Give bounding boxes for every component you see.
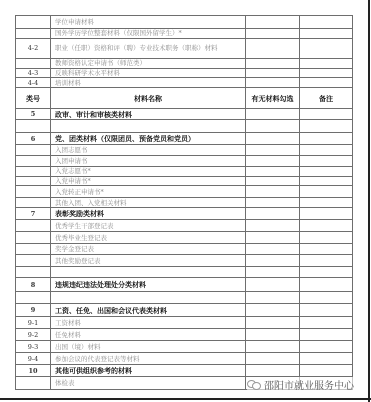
row-number [16, 120, 51, 133]
check-cell[interactable] [246, 278, 300, 292]
table-row: 学位申请材料 [16, 16, 353, 29]
remark-cell[interactable] [300, 341, 353, 353]
remark-cell[interactable] [300, 304, 353, 317]
column-header-no: 类号 [16, 88, 51, 109]
check-cell[interactable] [246, 317, 300, 329]
column-header-remark: 备注 [300, 88, 353, 109]
check-cell[interactable] [246, 304, 300, 317]
section-row: 7 表彰奖励类材料 [16, 208, 353, 220]
check-cell[interactable] [246, 365, 300, 377]
row-number: 4-4 [16, 78, 51, 88]
check-cell[interactable] [246, 232, 300, 244]
remark-cell[interactable] [300, 109, 353, 120]
row-number [16, 186, 51, 198]
table-row: 9-3 出国（境）材料 [16, 341, 353, 353]
remark-cell[interactable] [300, 145, 353, 156]
remark-cell[interactable] [300, 220, 353, 232]
remark-cell[interactable] [300, 244, 353, 255]
row-number [16, 267, 51, 278]
material-name: 奖学金登记表 [51, 244, 246, 255]
check-cell[interactable] [246, 186, 300, 198]
row-number [16, 232, 51, 244]
row-number: 9-2 [16, 329, 51, 341]
check-cell[interactable] [246, 341, 300, 353]
section-title: 政审、审计和审核类材料 [51, 109, 246, 120]
watermark: 邵阳市就业服务中心 [247, 377, 354, 391]
section-title: 违规违纪违法处理处分类材料 [51, 278, 246, 292]
remark-cell[interactable] [300, 59, 353, 69]
check-cell[interactable] [246, 120, 300, 133]
remark-cell[interactable] [300, 156, 353, 167]
remark-cell[interactable] [300, 353, 353, 365]
remark-cell[interactable] [300, 232, 353, 244]
material-name: 反映科研学术水平材料 [51, 69, 246, 78]
material-name: 学位申请材料 [51, 16, 246, 29]
section-row: 9 工资、任免、出国和会议代表类材料 [16, 304, 353, 317]
row-number [16, 16, 51, 29]
remark-cell[interactable] [300, 208, 353, 220]
remark-cell[interactable] [300, 186, 353, 198]
table-row: 4-2 职业（任职）资格和评（聘）专业技术职务（职称）材料 [16, 39, 353, 59]
table-row: 其他奖励登记表 [16, 255, 353, 267]
row-number [16, 244, 51, 255]
check-cell[interactable] [246, 176, 300, 185]
remark-cell[interactable] [300, 39, 353, 59]
table-row: 入党申请书* [16, 176, 353, 185]
row-number: 4-3 [16, 69, 51, 78]
table-row: 9-4 参加会议的代表登记表等材料 [16, 353, 353, 365]
section-row: 8 违规违纪违法处理处分类材料 [16, 278, 353, 292]
remark-cell[interactable] [300, 292, 353, 304]
section-row: 6 党、团类材料（仅限团员、预备党员和党员） [16, 133, 353, 145]
check-cell[interactable] [246, 329, 300, 341]
table-row [16, 120, 353, 133]
check-cell[interactable] [246, 78, 300, 88]
table-row: 9-1 工资材料 [16, 317, 353, 329]
remark-cell[interactable] [300, 198, 353, 208]
remark-cell[interactable] [300, 16, 353, 29]
table-row: 入党转正申请书* [16, 186, 353, 198]
material-name: 国外学历学位整套材料（仅限国外留学生）* [51, 29, 246, 39]
material-name: 优秀学生干部登记表 [51, 220, 246, 232]
row-number [16, 29, 51, 39]
materials-checklist-table: 学位申请材料 国外学历学位整套材料（仅限国外留学生）* 4-2 职业（任职）资格… [15, 15, 353, 390]
material-name [51, 120, 246, 133]
check-cell[interactable] [246, 198, 300, 208]
material-name: 入团申请书 [51, 156, 246, 167]
page-edge-bottom [0, 398, 371, 400]
check-cell[interactable] [246, 353, 300, 365]
material-name: 其他入团、入党相关材料 [51, 198, 246, 208]
table-row [16, 267, 353, 278]
table-row: 奖学金登记表 [16, 244, 353, 255]
check-cell[interactable] [246, 69, 300, 78]
remark-cell[interactable] [300, 133, 353, 145]
table-row: 优秀毕业生登记表 [16, 232, 353, 244]
wechat-icon [247, 379, 261, 389]
material-name: 职业（任职）资格和评（聘）专业技术职务（职称）材料 [51, 39, 246, 59]
row-number: 4-2 [16, 39, 51, 59]
row-number [16, 255, 51, 267]
section-title: 党、团类材料（仅限团员、预备党员和党员） [51, 133, 246, 145]
remark-cell[interactable] [300, 120, 353, 133]
table-row: 4-4 培训材料 [16, 78, 353, 88]
section-title: 工资、任免、出国和会议代表类材料 [51, 304, 246, 317]
table-row: 其他入团、入党相关材料 [16, 198, 353, 208]
material-name: 优秀毕业生登记表 [51, 232, 246, 244]
check-cell[interactable] [246, 208, 300, 220]
row-number: 9-1 [16, 317, 51, 329]
row-number: 10 [16, 365, 51, 377]
remark-cell[interactable] [300, 176, 353, 185]
material-name: 其他奖励登记表 [51, 255, 246, 267]
material-name: 参加会议的代表登记表等材料 [51, 353, 246, 365]
table-row: 国外学历学位整套材料（仅限国外留学生）* [16, 29, 353, 39]
section-row: 5 政审、审计和审核类材料 [16, 109, 353, 120]
row-number [16, 292, 51, 304]
remark-cell[interactable] [300, 365, 353, 377]
material-name [51, 292, 246, 304]
check-cell[interactable] [246, 109, 300, 120]
row-number [16, 59, 51, 69]
row-number [16, 156, 51, 167]
check-cell[interactable] [246, 267, 300, 278]
material-name: 培训材料 [51, 78, 246, 88]
table-row: 入团志愿书 [16, 145, 353, 156]
table-row: 9-2 任免材料 [16, 329, 353, 341]
material-name: 入党转正申请书* [51, 186, 246, 198]
material-name: 入团志愿书 [51, 145, 246, 156]
check-cell[interactable] [246, 16, 300, 29]
watermark-text: 邵阳市就业服务中心 [264, 377, 354, 392]
row-number: 9-3 [16, 341, 51, 353]
check-cell[interactable] [246, 59, 300, 69]
section-row: 10 其他可供组织参考的材料 [16, 365, 353, 377]
check-cell[interactable] [246, 244, 300, 255]
row-number: 5 [16, 109, 51, 120]
material-name: 任免材料 [51, 329, 246, 341]
table-row: 入党志愿书* [16, 167, 353, 176]
remark-cell[interactable] [300, 255, 353, 267]
row-number [16, 377, 51, 390]
row-number: 9 [16, 304, 51, 317]
material-name: 教师资格认定申请书（师范类） [51, 59, 246, 69]
check-cell[interactable] [246, 156, 300, 167]
material-name: 工资材料 [51, 317, 246, 329]
check-cell[interactable] [246, 167, 300, 176]
material-name [51, 267, 246, 278]
row-number: 9-4 [16, 353, 51, 365]
check-cell[interactable] [246, 29, 300, 39]
check-cell[interactable] [246, 39, 300, 59]
remark-cell[interactable] [300, 167, 353, 176]
check-cell[interactable] [246, 145, 300, 156]
table-row: 入团申请书 [16, 156, 353, 167]
remark-cell[interactable] [300, 29, 353, 39]
table-row: 4-3 反映科研学术水平材料 [16, 69, 353, 78]
table-header-row: 类号 材料名称 有无材料勾选 备注 [16, 88, 353, 109]
column-header-name: 材料名称 [51, 88, 246, 109]
remark-cell[interactable] [300, 317, 353, 329]
check-cell[interactable] [246, 292, 300, 304]
remark-cell[interactable] [300, 69, 353, 78]
row-number: 7 [16, 208, 51, 220]
row-number [16, 220, 51, 232]
remark-cell[interactable] [300, 267, 353, 278]
row-number [16, 176, 51, 185]
material-name: 入党志愿书* [51, 167, 246, 176]
page-edge-right [368, 0, 370, 402]
section-title: 表彰奖励类材料 [51, 208, 246, 220]
section-title: 其他可供组织参考的材料 [51, 365, 246, 377]
row-number [16, 145, 51, 156]
table-row [16, 292, 353, 304]
check-cell[interactable] [246, 220, 300, 232]
check-cell[interactable] [246, 133, 300, 145]
table-row: 优秀学生干部登记表 [16, 220, 353, 232]
row-number [16, 167, 51, 176]
row-number: 8 [16, 278, 51, 292]
row-number: 6 [16, 133, 51, 145]
material-name: 体检表 [51, 377, 246, 390]
remark-cell[interactable] [300, 78, 353, 88]
check-cell[interactable] [246, 255, 300, 267]
material-name: 入党申请书* [51, 176, 246, 185]
column-header-check: 有无材料勾选 [246, 88, 300, 109]
row-number [16, 198, 51, 208]
material-name: 出国（境）材料 [51, 341, 246, 353]
remark-cell[interactable] [300, 329, 353, 341]
table-row: 教师资格认定申请书（师范类） [16, 59, 353, 69]
remark-cell[interactable] [300, 278, 353, 292]
